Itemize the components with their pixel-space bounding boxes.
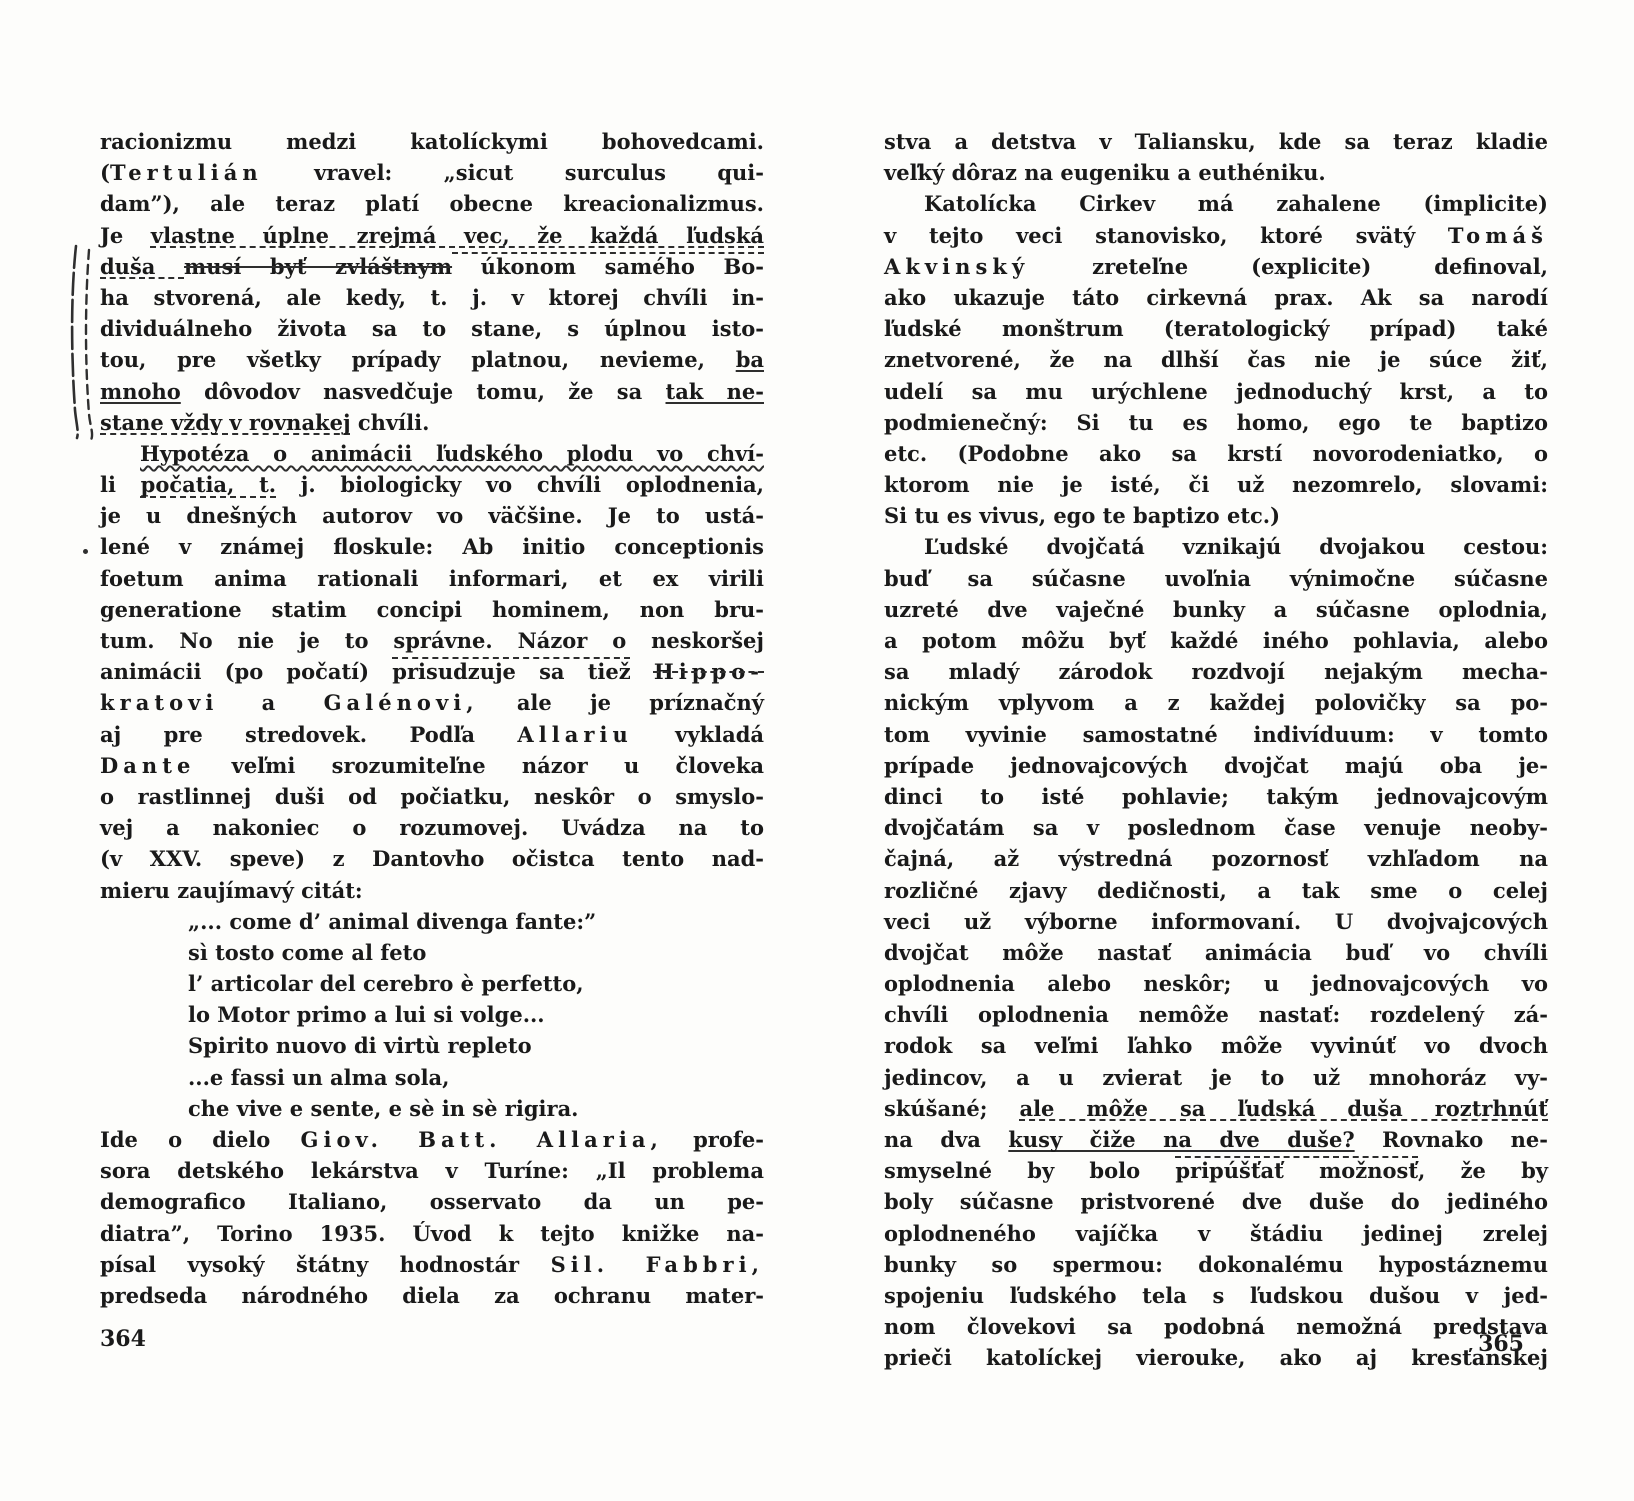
text-segment: sora detského lekárstva v Turíne: „Il pr…	[100, 1158, 764, 1183]
text-segment: uzreté dve vaječné bunky a súčasne oplod…	[884, 597, 1548, 622]
text-segment: chvíli.	[351, 410, 430, 435]
text-line: aj pre stredovek. Podľa Allariu vykladá	[100, 719, 764, 750]
text-line: podmienečný: Si tu es homo, ego te bapti…	[884, 407, 1548, 438]
text-segment: buď sa súčasne uvoľnia výnimočne súčasne	[884, 566, 1548, 591]
text-line: nickým vplyvom a z každej polovičky sa p…	[884, 687, 1548, 718]
text-segment: che vive e sente, e sè in sè rigira.	[188, 1096, 579, 1121]
text-segment: je u dnešných autorov vo väčšine. Je to …	[100, 503, 764, 528]
text-line: ktorom nie je isté, či už nezomrelo, slo…	[884, 469, 1548, 500]
text-segment: dam”), ale teraz platí obecne kreacional…	[100, 191, 764, 216]
text-segment: a potom môžu byť každé iného pohlavia, a…	[884, 628, 1548, 653]
text-segment: prípade jednovajcových dvojčat majú oba …	[884, 753, 1548, 778]
text-line: Katolícka Cirkev má zahalene (implicite)	[884, 188, 1548, 219]
pencil-marked-text: prisudzuje sa tiež	[392, 659, 630, 684]
text-segment: animácii (po počatí)	[100, 659, 392, 684]
pencil-marked-text: ale môže sa ľudská duša roztrhnúť	[1019, 1096, 1548, 1121]
text-line: animácii (po počatí) prisudzuje sa tiež …	[100, 656, 764, 687]
text-segment: etc. (Podobne ako sa krstí novorodeniatk…	[884, 441, 1548, 466]
text-segment: profe-	[663, 1127, 764, 1152]
text-line: Hypotéza o animácii ľudského plodu vo ch…	[100, 438, 764, 469]
text-segment: veci už výborne informovaní. U dvojvajco…	[884, 909, 1548, 934]
text-line: chvíli oplodnenia nemôže nastať: rozdele…	[884, 999, 1548, 1030]
text-segment: foetum anima rationali informari, et ex …	[100, 566, 764, 591]
text-segment: , že by	[1418, 1158, 1548, 1183]
text-segment: (	[100, 160, 110, 185]
margin-pencil-dot	[83, 549, 88, 554]
text-line: predseda národného diela za ochranu mate…	[100, 1280, 764, 1311]
text-line: buď sa súčasne uvoľnia výnimočne súčasne	[884, 563, 1548, 594]
pencil-marked-text: Dante	[100, 753, 195, 778]
text-line: dividuálneho života sa to stane, s úplno…	[100, 313, 764, 344]
text-segment: nickým vplyvom a z každej polovičky sa p…	[884, 690, 1548, 715]
text-line: uzreté dve vaječné bunky a súčasne oplod…	[884, 594, 1548, 625]
pencil-marked-text: Hypotéza o animácii ľudského plodu vo ch…	[140, 441, 764, 466]
text-segment: vravel: „sicut surculus qui-	[263, 160, 764, 185]
text-line: ...e fassi un alma sola,	[100, 1062, 764, 1093]
text-line: mnoho dôvodov nasvedčuje tomu, že sa tak…	[100, 376, 764, 407]
pencil-marked-text: Sil. Fabbri,	[551, 1252, 764, 1277]
pencil-marked-text: musí byť zvláštnym	[184, 254, 452, 279]
text-line: foetum anima rationali informari, et ex …	[100, 563, 764, 594]
pencil-marked-text: počatia, t.	[141, 472, 276, 497]
text-segment: boly súčasne pristvorené dve duše do jed…	[884, 1189, 1548, 1214]
text-line: kratovi a Galénovi, ale je príznačný	[100, 687, 764, 718]
text-segment: predseda národného diela za ochranu mate…	[100, 1283, 764, 1308]
text-line: na dva kusy čiže na dve duše? Rovnako ne…	[884, 1124, 1548, 1155]
text-segment: j. biologicky vo chvíli oplodnenia,	[276, 472, 764, 497]
pencil-marked-text: tak ne-	[666, 379, 765, 404]
text-segment: Si tu es vivus, ego te baptizo etc.)	[884, 503, 1280, 528]
text-line: racionizmu medzi katolíckymi bohovedcami…	[100, 126, 764, 157]
text-line: prípade jednovajcových dvojčat majú oba …	[884, 750, 1548, 781]
text-segment: ako ukazuje táto cirkevná prax. Ak sa na…	[884, 285, 1548, 310]
text-segment: rozličné zjavy dedičnosti, a tak sme o c…	[884, 878, 1548, 903]
pencil-marked-text: Akvinský	[884, 254, 1029, 279]
text-segment: vykladá	[633, 722, 764, 747]
pencil-marked-text: stane vždy v rovnakej	[100, 410, 351, 435]
text-line: ako ukazuje táto cirkevná prax. Ak sa na…	[884, 282, 1548, 313]
pencil-marked-text: kusy čiže na dve duše?	[1008, 1127, 1354, 1152]
text-line: bunky so spermou: dokonalému hypostáznem…	[884, 1249, 1548, 1280]
text-segment: dvojčat môže nastať animácia buď vo chví…	[884, 940, 1548, 965]
text-segment: Katolícka Cirkev má zahalene (implicite)	[924, 191, 1548, 216]
text-line: boly súčasne pristvorené dve duše do jed…	[884, 1186, 1548, 1217]
text-line: Ide o dielo Giov. Batt. Allaria, profe-	[100, 1124, 764, 1155]
text-segment	[631, 659, 654, 684]
text-line: Je vlastne úplne zrejmá vec, že každá ľu…	[100, 220, 764, 251]
pencil-marked-text: pripúšťať možnosť	[1175, 1158, 1418, 1183]
pencil-marked-text: duša	[100, 254, 184, 279]
text-segment: vej a nakoniec o rozumovej. Uvádza na to	[100, 815, 764, 840]
text-line: generatione statim concipi hominem, non …	[100, 594, 764, 625]
text-segment: tum. No nie je to správne. Názor o nesko…	[100, 628, 764, 653]
text-line: tom vyvinie samostatné indivíduum: v tom…	[884, 719, 1548, 750]
text-line: o rastlinnej duši od počiatku, neskôr o …	[100, 781, 764, 812]
text-segment: o rastlinnej duši od počiatku, neskôr o …	[100, 784, 764, 809]
text-line: (Tertulián vravel: „sicut surculus qui-	[100, 157, 764, 188]
text-line: dinci to isté pohlavie; takým jednovajco…	[884, 781, 1548, 812]
text-segment: veľmi srozumiteľne názor u človeka	[195, 753, 764, 778]
text-segment: Ide o dielo	[100, 1127, 301, 1152]
pencil-marked-text: Giov. Batt. Allaria,	[301, 1127, 663, 1152]
text-line: čajná, až výstredná pozornosť vzhľadom n…	[884, 843, 1548, 874]
text-line: diatra”, Torino 1935. Úvod k tejto knižk…	[100, 1218, 764, 1249]
book-spread-scan: racionizmu medzi katolíckymi bohovedcami…	[0, 0, 1634, 1501]
text-line: etc. (Podobne ako sa krstí novorodeniatk…	[884, 438, 1548, 469]
text-line: lené v známej floskule: Ab initio concep…	[100, 531, 764, 562]
text-line: oplodneného vajíčka v štádiu jedinej zre…	[884, 1218, 1548, 1249]
pencil-marked-text: Tomáš	[1448, 223, 1548, 248]
text-line: písal vysoký štátny hodnostár Sil. Fabbr…	[100, 1249, 764, 1280]
page-365-text-column: stva a detstva v Taliansku, kde sa teraz…	[884, 126, 1548, 1374]
text-segment: smyselné by bolo	[884, 1158, 1175, 1183]
text-line: smyselné by bolo pripúšťať možnosť, že b…	[884, 1155, 1548, 1186]
text-segment: podmienečný: Si tu es homo, ego te bapti…	[884, 410, 1548, 435]
text-line: sa mladý zárodok rozdvojí nejakým mecha-	[884, 656, 1548, 687]
text-segment: dividuálneho života sa to stane, s úplno…	[100, 316, 764, 341]
text-segment: Spirito nuovo di virtù repleto	[188, 1033, 532, 1058]
text-segment: Je	[100, 223, 151, 248]
margin-pencil-bracket	[64, 242, 100, 442]
text-segment: sì tosto come al feto	[188, 940, 426, 965]
text-line: li počatia, t. j. biologicky vo chvíli o…	[100, 469, 764, 500]
text-segment: (v XXV. speve) z Dantovho očistca tento …	[100, 846, 764, 871]
pencil-marked-text: mnoho	[100, 379, 181, 404]
text-segment: diatra”, Torino 1935. Úvod k tejto knižk…	[100, 1221, 764, 1246]
pencil-marked-text: kratovi a Galénovi,	[100, 690, 479, 715]
pencil-marked-text: ba	[736, 347, 764, 372]
text-line: vej a nakoniec o rozumovej. Uvádza na to	[100, 812, 764, 843]
text-segment: ľudské monštrum (teratologický prípad) t…	[884, 316, 1548, 341]
text-segment: rodok sa veľmi ľahko môže vyvinúť vo dvo…	[884, 1033, 1548, 1058]
text-segment: lo Motor primo a lui si volge...	[188, 1002, 545, 1027]
text-line: udelí sa mu urýchlene jednoduchý krst, a…	[884, 376, 1548, 407]
text-line: Ľudské dvojčatá vznikajú dvojakou cestou…	[884, 531, 1548, 562]
text-segment: veľký dôraz na eugeniku a euthéniku.	[884, 160, 1326, 185]
text-segment: generatione statim concipi hominem, non …	[100, 597, 764, 622]
text-segment: „... come d’ animal divenga fante:”	[188, 909, 596, 934]
text-segment: chvíli oplodnenia nemôže nastať: rozdele…	[884, 1002, 1548, 1027]
text-segment: Ľudské dvojčatá vznikajú dvojakou cestou…	[924, 534, 1548, 559]
text-line: a potom môžu byť každé iného pohlavia, a…	[884, 625, 1548, 656]
text-line: oplodnenia alebo neskôr; u jednovajcovýc…	[884, 968, 1548, 999]
text-line: spojeniu ľudského tela s ľudskou dušou v…	[884, 1280, 1548, 1311]
text-segment: dvojčatám sa v poslednom čase venuje neo…	[884, 815, 1548, 840]
text-line: „... come d’ animal divenga fante:”	[100, 906, 764, 937]
text-segment: spojeniu ľudského tela s ľudskou dušou v…	[884, 1283, 1548, 1308]
text-segment: zreteľne (explicite) definoval,	[1029, 254, 1548, 279]
text-line: tou, pre všetky prípady platnou, nevieme…	[100, 344, 764, 375]
text-segment: tom vyvinie samostatné indivíduum: v tom…	[884, 722, 1548, 747]
text-segment: Rovnako ne-	[1355, 1127, 1548, 1152]
pencil-marked-text: vlastne úplne zrejmá vec, že každá ľudsk…	[151, 223, 764, 248]
text-line: mieru zaujímavý citát:	[100, 875, 764, 906]
pencil-marked-text: Hippo-	[654, 659, 764, 684]
text-line: duša musí byť zvláštnym úkonom samého Bo…	[100, 251, 764, 282]
text-line: demografico Italiano, osservato da un pe…	[100, 1186, 764, 1217]
text-segment: mieru zaujímavý citát:	[100, 878, 363, 903]
text-segment: li	[100, 472, 141, 497]
text-line: che vive e sente, e sè in sè rigira.	[100, 1093, 764, 1124]
text-line: znetvorené, že na dlhší čas nie je súce …	[884, 344, 1548, 375]
text-line: ha stvorená, ale kedy, t. j. v ktorej ch…	[100, 282, 764, 313]
text-segment: ha stvorená, ale kedy, t. j. v ktorej ch…	[100, 285, 764, 310]
pencil-marked-text: Allariu	[517, 722, 632, 747]
text-segment: dôvodov nasvedčuje tomu, že sa	[181, 379, 666, 404]
text-line: (v XXV. speve) z Dantovho očistca tento …	[100, 843, 764, 874]
text-segment: oplodnenia alebo neskôr; u jednovajcovýc…	[884, 971, 1548, 996]
text-segment: sa mladý zárodok rozdvojí nejakým mecha-	[884, 659, 1548, 684]
text-line: stva a detstva v Taliansku, kde sa teraz…	[884, 126, 1548, 157]
text-segment: dinci to isté pohlavie; takým jednovajco…	[884, 784, 1548, 809]
text-segment: racionizmu medzi katolíckymi bohovedcami…	[100, 129, 764, 154]
text-line: Akvinský zreteľne (explicite) definoval,	[884, 251, 1548, 282]
text-segment: čajná, až výstredná pozornosť vzhľadom n…	[884, 846, 1548, 871]
text-segment: ale je príznačný	[479, 690, 764, 715]
text-segment: v tejto veci stanovisko, ktoré svätý	[884, 223, 1448, 248]
text-segment: oplodneného vajíčka v štádiu jedinej zre…	[884, 1221, 1548, 1246]
text-segment: tou, pre všetky prípady platnou, nevieme…	[100, 347, 736, 372]
text-line: dvojčat môže nastať animácia buď vo chví…	[884, 937, 1548, 968]
text-line: Spirito nuovo di virtù repleto	[100, 1030, 764, 1061]
text-segment: jedincov, a u zvierat je to už mnohoráz …	[884, 1065, 1548, 1090]
text-segment: písal vysoký štátny hodnostár	[100, 1252, 551, 1277]
text-segment: l’ articolar del cerebro è perfetto,	[188, 971, 584, 996]
text-line: veci už výborne informovaní. U dvojvajco…	[884, 906, 1548, 937]
page-364-text-column: racionizmu medzi katolíckymi bohovedcami…	[100, 126, 764, 1311]
page-number-left: 364	[100, 1326, 146, 1352]
text-segment: na dva	[884, 1127, 1008, 1152]
text-line: v tejto veci stanovisko, ktoré svätý Tom…	[884, 220, 1548, 251]
text-line: Si tu es vivus, ego te baptizo etc.)	[884, 500, 1548, 531]
pencil-marked-text: Tertulián	[110, 160, 263, 185]
text-line: dam”), ale teraz platí obecne kreacional…	[100, 188, 764, 219]
text-segment: aj pre stredovek. Podľa	[100, 722, 517, 747]
text-line: l’ articolar del cerebro è perfetto,	[100, 968, 764, 999]
text-line: stane vždy v rovnakej chvíli.	[100, 407, 764, 438]
text-segment: udelí sa mu urýchlene jednoduchý krst, a…	[884, 379, 1548, 404]
text-line: sora detského lekárstva v Turíne: „Il pr…	[100, 1155, 764, 1186]
text-segment: stva a detstva v Taliansku, kde sa teraz…	[884, 129, 1548, 154]
text-line: rodok sa veľmi ľahko môže vyvinúť vo dvo…	[884, 1030, 1548, 1061]
text-line: je u dnešných autorov vo väčšine. Je to …	[100, 500, 764, 531]
text-line: jedincov, a u zvierat je to už mnohoráz …	[884, 1062, 1548, 1093]
text-line: Dante veľmi srozumiteľne názor u človeka	[100, 750, 764, 781]
text-line: ľudské monštrum (teratologický prípad) t…	[884, 313, 1548, 344]
text-line: dvojčatám sa v poslednom čase venuje neo…	[884, 812, 1548, 843]
text-segment: bunky so spermou: dokonalému hypostáznem…	[884, 1252, 1548, 1277]
text-line: sì tosto come al feto	[100, 937, 764, 968]
text-line: skúšané; ale môže sa ľudská duša roztrhn…	[884, 1093, 1548, 1124]
text-line: tum. No nie je to správne. Názor o nesko…	[100, 625, 764, 656]
text-segment: ...e fassi un alma sola,	[188, 1065, 449, 1090]
text-segment: skúšané;	[884, 1096, 1019, 1121]
text-segment: demografico Italiano, osservato da un pe…	[100, 1189, 764, 1214]
text-line: veľký dôraz na eugeniku a euthéniku.	[884, 157, 1548, 188]
text-segment: znetvorené, že na dlhší čas nie je súce …	[884, 347, 1548, 372]
page-number-right: 365	[884, 1331, 1524, 1357]
text-line: lo Motor primo a lui si volge...	[100, 999, 764, 1030]
text-line: rozličné zjavy dedičnosti, a tak sme o c…	[884, 875, 1548, 906]
text-segment: lené v známej floskule: Ab initio concep…	[100, 534, 764, 559]
pencil-marked-text: úkonom samého Bo-	[452, 254, 764, 279]
text-segment: ktorom nie je isté, či už nezomrelo, slo…	[884, 472, 1548, 497]
